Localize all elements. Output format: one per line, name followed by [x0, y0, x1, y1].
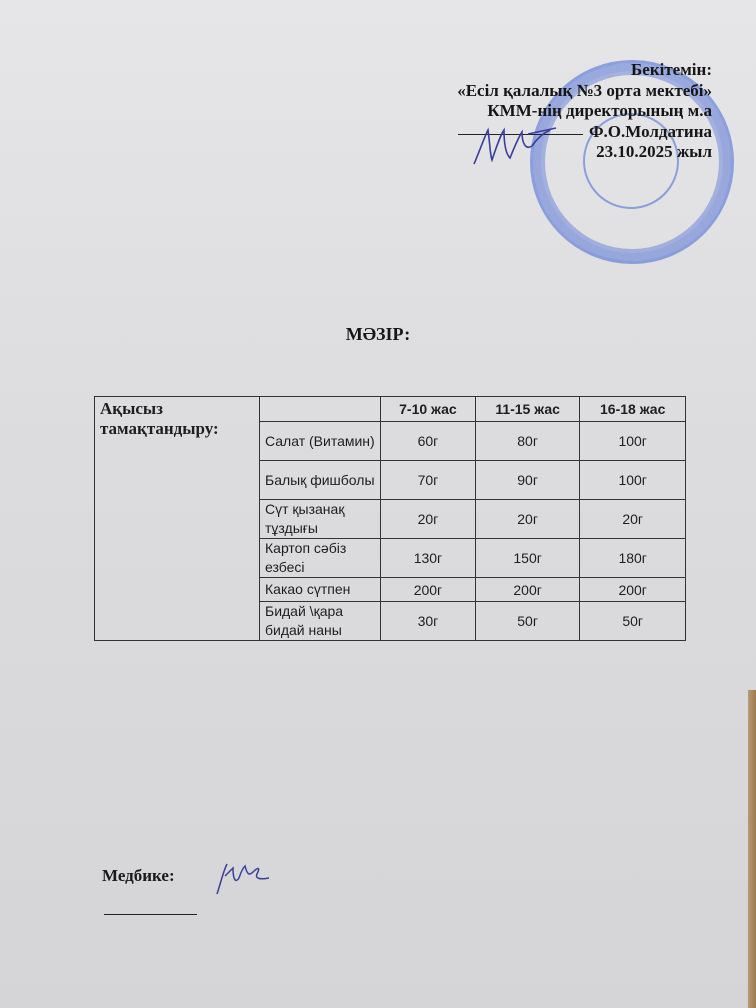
item-value: 20г: [381, 500, 476, 539]
document-page: Бекітемін: «Есіл қалалық №3 орта мектебі…: [0, 0, 756, 1008]
category-cell: Ақысыз тамақтандыру:: [95, 397, 260, 641]
approval-school: «Есіл қалалық №3 орта мектебі»: [457, 81, 712, 102]
item-value: 70г: [381, 461, 476, 500]
item-name: Балық фишболы: [260, 461, 381, 500]
item-name: Какао сүтпен: [260, 578, 381, 602]
item-value: 100г: [580, 422, 686, 461]
item-value: 20г: [580, 500, 686, 539]
item-value: 130г: [381, 539, 476, 578]
menu-table: Ақысыз тамақтандыру: 7-10 жас 11-15 жас …: [94, 396, 686, 641]
header-cell-empty: [260, 397, 381, 422]
item-name: Салат (Витамин): [260, 422, 381, 461]
item-value: 80г: [475, 422, 580, 461]
nurse-signature-line: [104, 914, 197, 915]
nurse-signature-icon: [213, 858, 273, 898]
item-name: Сүт қызанақ тұздығы: [260, 500, 381, 539]
item-value: 200г: [580, 578, 686, 602]
director-signature-icon: [470, 120, 560, 172]
item-value: 50г: [475, 602, 580, 641]
header-age-7-10: 7-10 жас: [381, 397, 476, 422]
desk-edge: [748, 690, 756, 1008]
item-value: 150г: [475, 539, 580, 578]
item-value: 200г: [381, 578, 476, 602]
approval-name: Ф.О.Молдатина: [589, 122, 712, 141]
item-value: 180г: [580, 539, 686, 578]
item-value: 60г: [381, 422, 476, 461]
table-header-row: Ақысыз тамақтандыру: 7-10 жас 11-15 жас …: [95, 397, 686, 422]
item-value: 20г: [475, 500, 580, 539]
approval-position: КММ-нің директорының м.а: [457, 101, 712, 122]
menu-title: МӘЗІР:: [0, 324, 756, 345]
item-value: 100г: [580, 461, 686, 500]
header-age-16-18: 16-18 жас: [580, 397, 686, 422]
item-value: 90г: [475, 461, 580, 500]
header-age-11-15: 11-15 жас: [475, 397, 580, 422]
item-value: 30г: [381, 602, 476, 641]
item-value: 50г: [580, 602, 686, 641]
approval-heading: Бекітемін:: [457, 60, 712, 81]
item-value: 200г: [475, 578, 580, 602]
item-name: Картоп сәбіз езбесі: [260, 539, 381, 578]
item-name: Бидай \қара бидай наны: [260, 602, 381, 641]
nurse-label: Медбике:: [102, 866, 175, 886]
